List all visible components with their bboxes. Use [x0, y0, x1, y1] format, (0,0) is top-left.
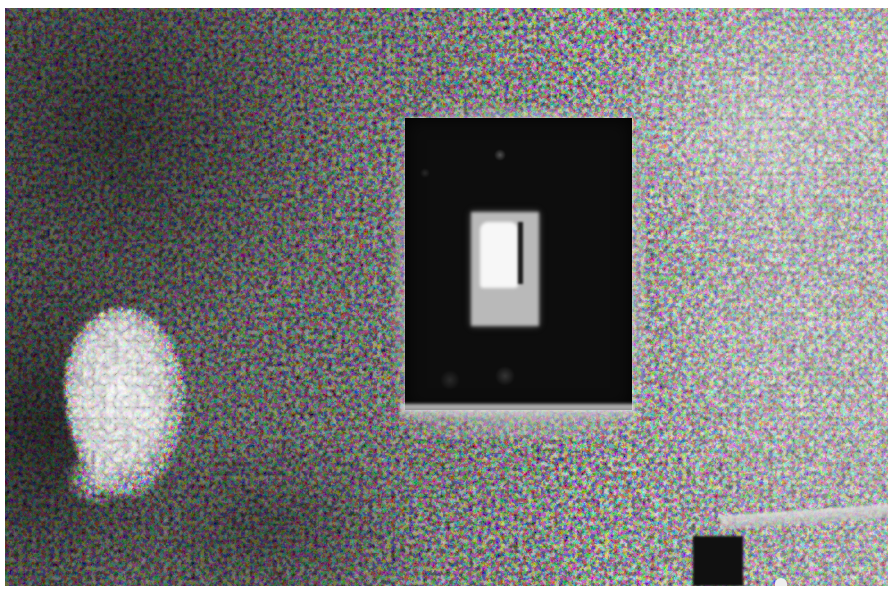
photograph: [5, 8, 888, 586]
inner-dark-slit: [518, 222, 523, 284]
inner-lit-core: [480, 222, 518, 288]
ledge-dark-recess: [693, 536, 743, 586]
ledge-notch: [775, 578, 787, 586]
window-opening: [405, 118, 632, 410]
window-sill: [400, 404, 635, 424]
